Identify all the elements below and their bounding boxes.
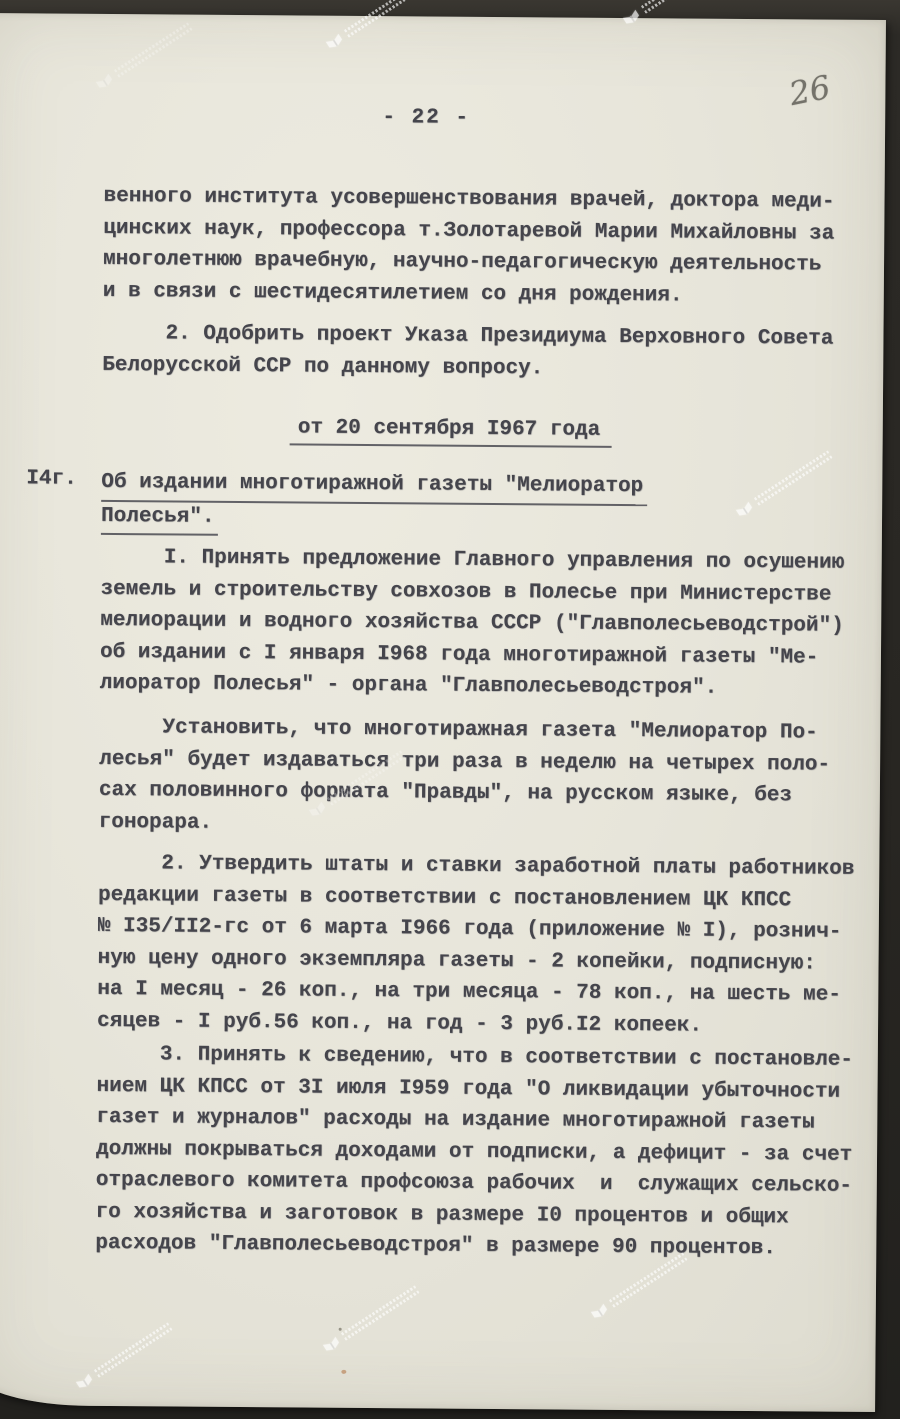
- paragraph-establish-format: Установить, что многотиражная газета "Ме…: [99, 712, 831, 844]
- section-date-heading: от 20 сентября I967 года: [290, 416, 613, 448]
- text-line: на I месяц - 26 коп., на три месяца - 78…: [97, 974, 853, 1011]
- text-line: многолетнюю врачебную, научно-педагогиче…: [103, 244, 834, 281]
- paragraph-approve-staff-prices: 2. Утвердить штаты и ставки заработной п…: [97, 848, 855, 1043]
- text-line: 2. Одобрить проект Указа Президиума Верх…: [102, 318, 833, 355]
- text-line: 2. Утвердить штаты и ставки заработной п…: [98, 848, 854, 885]
- text-line: сах половинного формата "Правды", на рус…: [99, 775, 830, 812]
- text-line: мелиорации и водного хозяйства СССР ("Гл…: [100, 605, 844, 642]
- text-line: № I35/II2-гс от 6 марта I966 года (прило…: [98, 911, 854, 948]
- text-line: газет и журналов" расходы на издание мно…: [96, 1102, 852, 1139]
- text-line: гонорара.: [99, 806, 830, 843]
- text-line: отраслевого комитета профсоюза рабочих и…: [96, 1165, 852, 1202]
- agenda-item-title: Об издании многотиражной газеты "Мелиора…: [101, 468, 647, 539]
- handwritten-page-number: 26: [786, 68, 834, 113]
- paper-speck: [339, 1328, 342, 1331]
- scanned-document: { "page": { "number_display": "- 22 -", …: [0, 0, 900, 1419]
- text-line: Полесья".: [101, 501, 219, 535]
- paragraph-take-note-funding: 3. Принять к сведению, что в соответстви…: [95, 1039, 853, 1265]
- text-line: венного института усовершенствования вра…: [103, 181, 834, 218]
- agenda-item-number: I4г.: [26, 467, 77, 490]
- page-number: - 22 -: [0, 103, 863, 133]
- paragraph-accept-proposal: I. Принять предложение Главного управлен…: [100, 542, 845, 705]
- paragraph-approve-decree: 2. Одобрить проект Указа Президиума Верх…: [102, 318, 833, 387]
- text-line: Об издании многотиражной газеты "Мелиора…: [101, 468, 647, 506]
- text-line: лиоратор Полесья" - органа "Главполесьев…: [100, 668, 844, 705]
- section-date-text: от 20 сентября I967 года: [290, 416, 613, 448]
- text-line: сяцев - I руб.56 коп., на год - 3 руб.I2…: [97, 1005, 853, 1042]
- text-line: расходов "Главполесьеводстроя" в размере…: [95, 1228, 851, 1265]
- document-page: 26 - 22 - венного института усовершенств…: [0, 13, 886, 1412]
- text-line: 3. Принять к сведению, что в соответстви…: [97, 1039, 853, 1076]
- text-line: Белорусской ССР по данному вопросу.: [102, 349, 833, 386]
- text-line: Установить, что многотиражная газета "Ме…: [99, 712, 830, 749]
- paper-stain: [341, 1370, 346, 1374]
- text-line: I. Принять предложение Главного управлен…: [101, 542, 845, 579]
- watermark-text: [641, 0, 720, 14]
- paragraph-continuation: венного института усовершенствования вра…: [103, 181, 835, 313]
- text-line: и в связи с шестидесятилетием со дня рож…: [103, 275, 834, 312]
